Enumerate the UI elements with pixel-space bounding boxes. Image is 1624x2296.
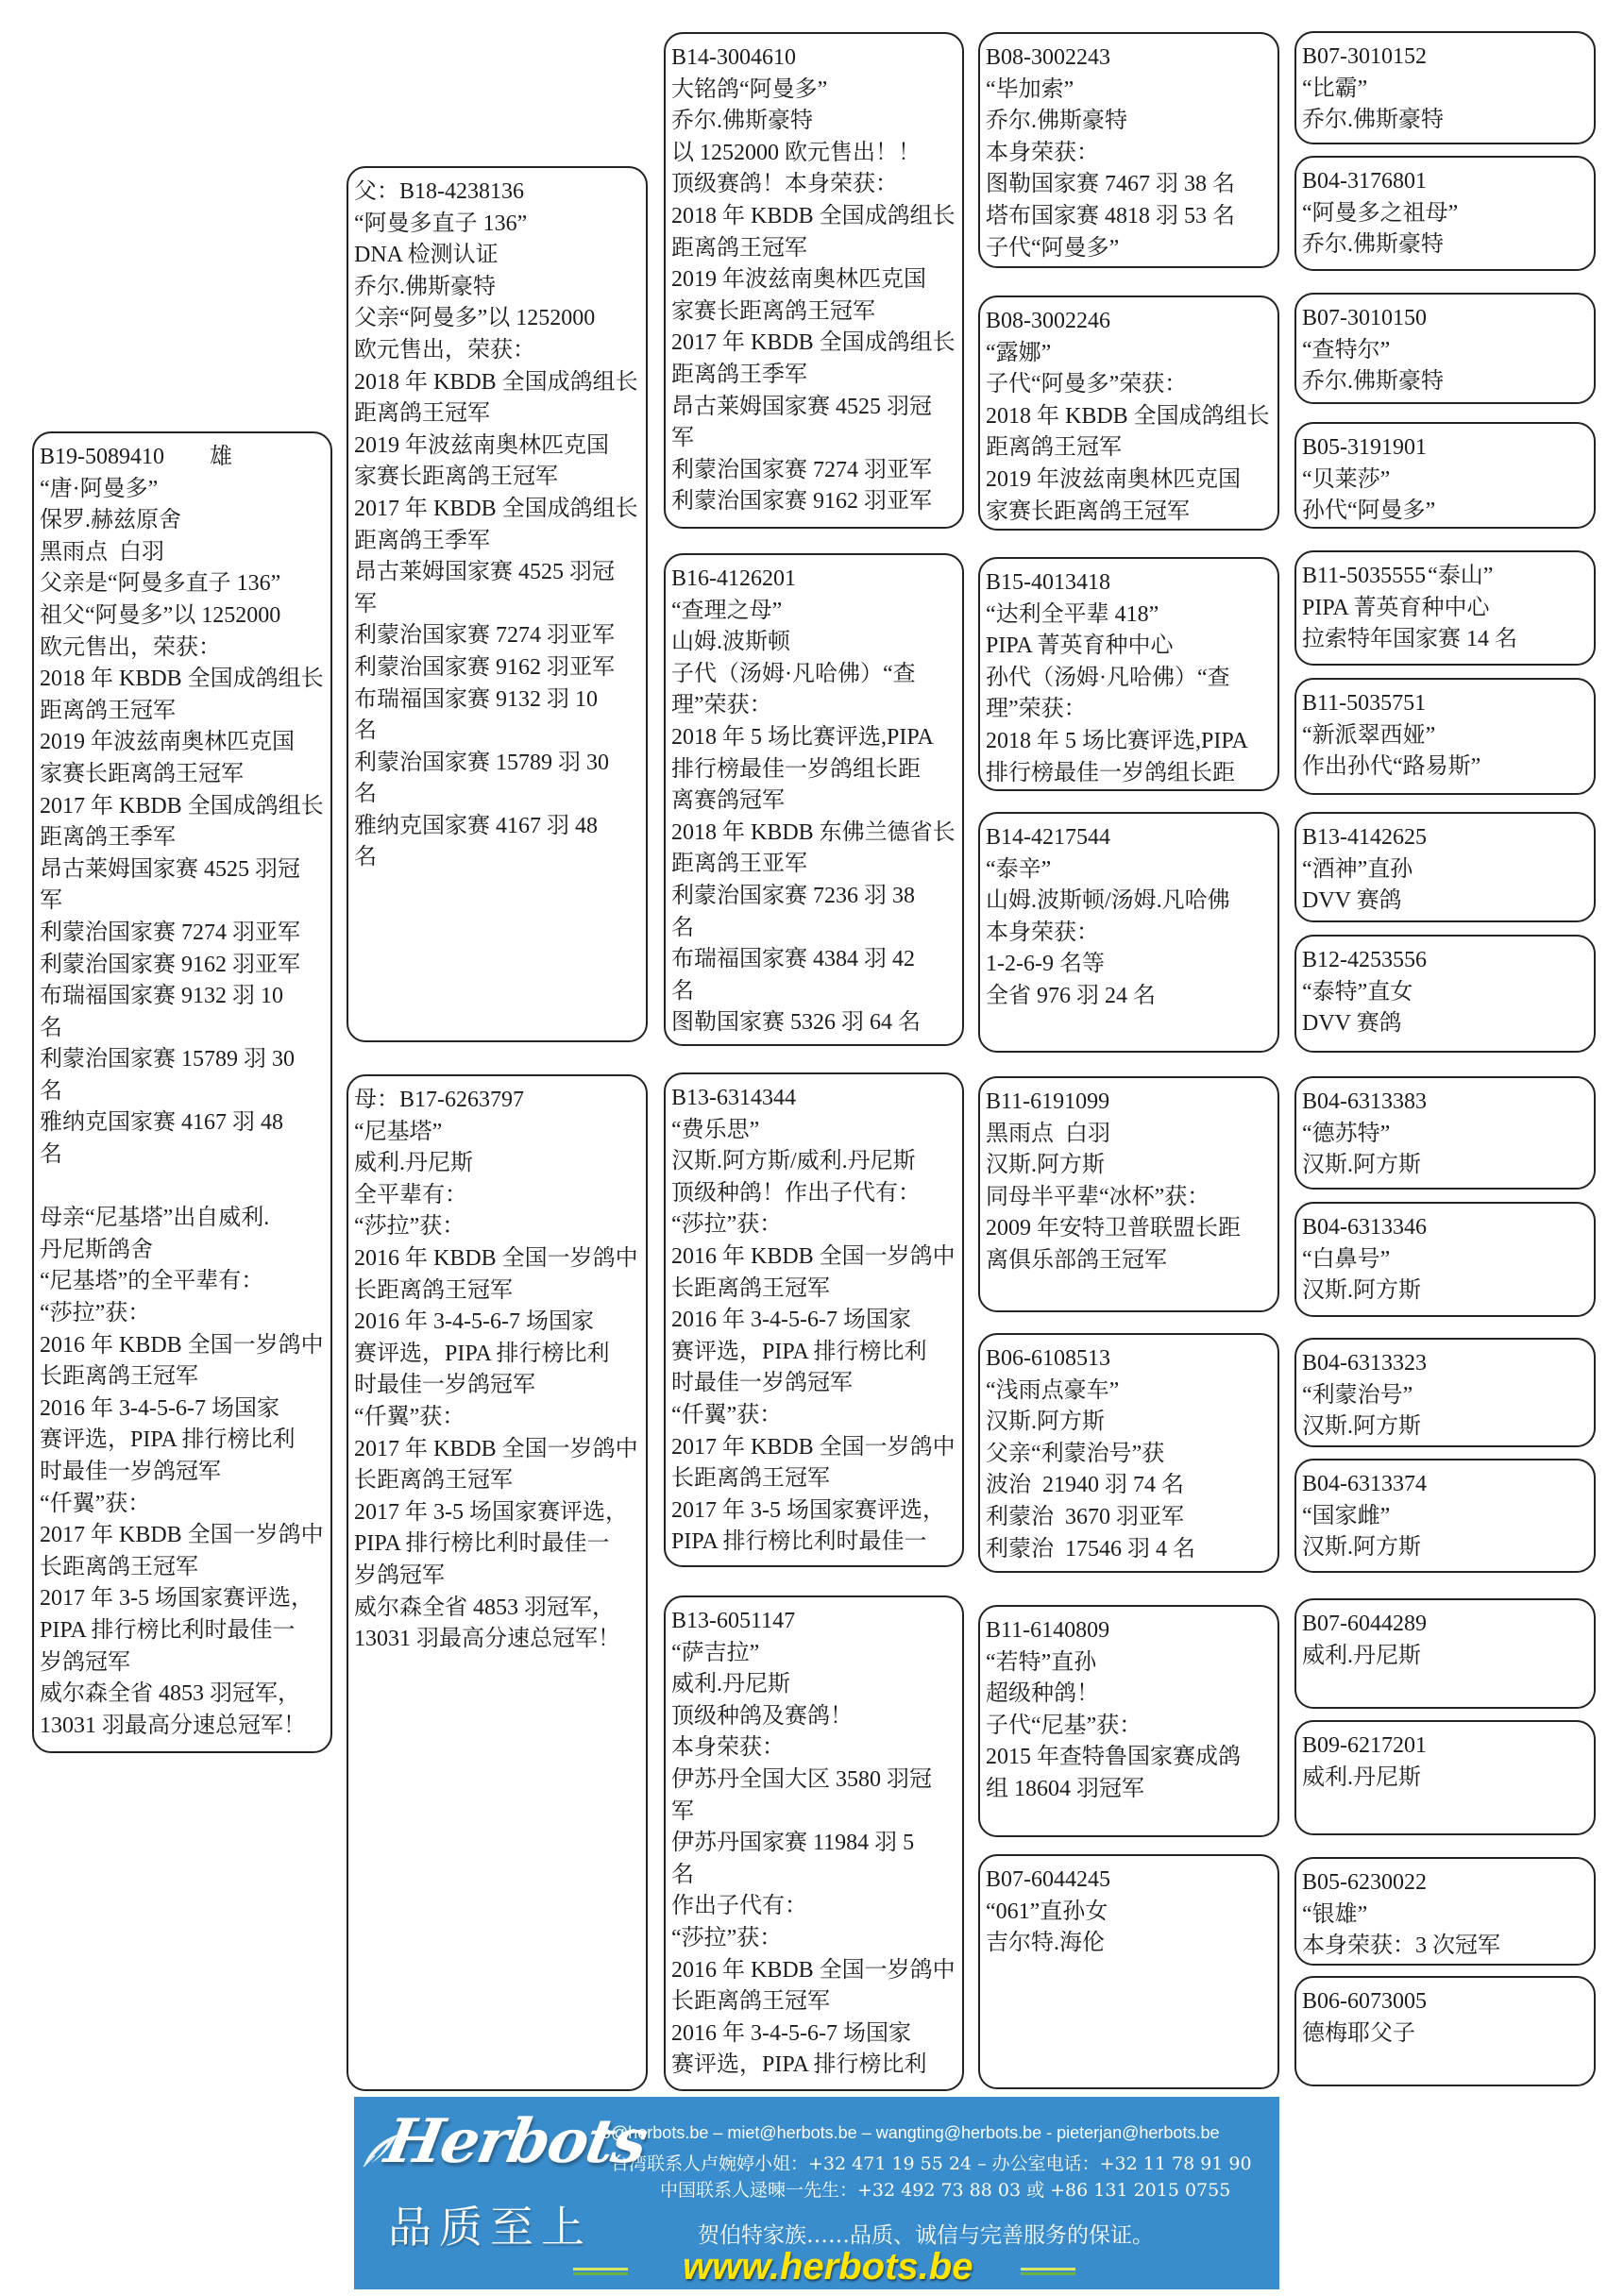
pedigree-details: “泰辛” 山姆.波斯顿/汤姆.凡哈佛 本身荣获： 1-2-6-9 名等 全省 9… xyxy=(986,854,1274,1013)
parent-label: 母： xyxy=(354,1088,399,1112)
pedigree-box-great-great-grandparent: B11-5035555“泰山” PIPA 菁英育种中心 拉索特年国家赛 14 名 xyxy=(1294,550,1596,666)
pedigree-box-great-grandparent: B14-4217544 “泰辛” 山姆.波斯顿/汤姆.凡哈佛 本身荣获： 1-2… xyxy=(978,812,1279,1053)
pedigree-details: “查理之母” 山姆.波斯顿 子代（汤姆·凡哈佛）“查 理”荣获： 2018 年 … xyxy=(671,596,958,1039)
ring-number: B07-3010152 xyxy=(1302,42,1590,74)
ring-number: B14-4217544 xyxy=(986,822,1274,854)
pedigree-box-grandparent: B16-4126201 “查理之母” 山姆.波斯顿 子代（汤姆·凡哈佛）“查 理… xyxy=(664,553,964,1046)
ring-number: B07-3010150 xyxy=(1302,303,1590,335)
ring-number: B15-4013418 xyxy=(986,567,1274,599)
pedigree-details: 德梅耶父子 xyxy=(1302,2018,1590,2051)
ring-number: B11-5035751 xyxy=(1302,688,1590,720)
pedigree-box-subject: B19-5089410雄 “唐·阿曼多” 保罗.赫兹原舍 黑雨点 白羽 父亲是“… xyxy=(32,431,332,1753)
pigeon-name: “泰山” xyxy=(1428,564,1493,588)
pedigree-details: “新派翠西娅” 作出孙代“路易斯” xyxy=(1302,720,1590,784)
contact-emails: jo@herbots.be – miet@herbots.be – wangti… xyxy=(598,2123,1219,2143)
china-contact: 中国联系人逯暕一先生：+32 492 73 88 03 或 +86 131 20… xyxy=(660,2176,1230,2202)
pedigree-details: “萨吉拉” 威利.丹尼斯 顶级种鸽及赛鸽！ 本身荣获： 伊苏丹全国大区 3580… xyxy=(671,1638,958,2082)
pedigree-details: PIPA 菁英育种中心 拉索特年国家赛 14 名 xyxy=(1302,593,1590,656)
pedigree-box-great-great-grandparent: B12-4253556 “泰特”直女 DVV 赛鸽 xyxy=(1294,935,1596,1053)
pedigree-details: “阿曼多直子 136” DNA 检测认证 乔尔.佛斯豪特 父亲“阿曼多”以 12… xyxy=(354,209,642,874)
ring-number: B11-6191099 xyxy=(986,1087,1274,1119)
ring-number: B06-6108513 xyxy=(986,1343,1274,1376)
pedigree-details: “达利全平辈 418” PIPA 菁英育种中心 孙代（汤姆·凡哈佛）“查 理”荣… xyxy=(986,599,1274,790)
pedigree-details: “贝莱莎” 孙代“阿曼多” xyxy=(1302,464,1590,528)
double-line-divider-right xyxy=(1021,2268,1075,2276)
slogan: 品质至上 xyxy=(388,2193,592,2255)
pedigree-box-grandparent: B13-6051147 “萨吉拉” 威利.丹尼斯 顶级种鸽及赛鸽！ 本身荣获： … xyxy=(664,1595,964,2091)
pedigree-box-great-great-grandparent: B05-3191901 “贝莱莎” 孙代“阿曼多” xyxy=(1294,422,1596,529)
double-line-divider-left xyxy=(573,2268,628,2276)
ring-number: B04-6313383 xyxy=(1302,1087,1590,1119)
pedigree-box-great-great-grandparent: B04-6313383 “德苏特” 汉斯.阿方斯 xyxy=(1294,1076,1596,1190)
ring-number: B07-6044245 xyxy=(986,1865,1274,1897)
pedigree-details: “银雄” 本身荣获：3 次冠军 xyxy=(1302,1899,1590,1963)
pedigree-details: 威利.丹尼斯 xyxy=(1302,1641,1590,1673)
ring-line: 母：B17-6263797 xyxy=(354,1085,642,1117)
taiwan-contact: 台湾联系人卢婉婷小姐：+32 471 19 55 24 – 办公室电话：+32 … xyxy=(611,2150,1252,2175)
tagline: 贺伯特家族……品质、诚信与完善服务的保证。 xyxy=(698,2218,1154,2249)
pedigree-box-great-great-grandparent: B04-6313323 “利蒙治号” 汉斯.阿方斯 xyxy=(1294,1338,1596,1447)
ring-number: B04-6313323 xyxy=(1302,1348,1590,1380)
ring-number: B11-6140809 xyxy=(986,1615,1274,1647)
pedigree-box-sire: 父：B18-4238136 “阿曼多直子 136” DNA 检测认证 乔尔.佛斯… xyxy=(347,166,648,1042)
pedigree-box-great-great-grandparent: B07-3010150 “查特尔” 乔尔.佛斯豪特 xyxy=(1294,293,1596,404)
pedigree-details: “尼基塔” 威利.丹尼斯 全平辈有： “莎拉”获： 2016 年 KBDB 全国… xyxy=(354,1117,642,1656)
ring-number: B04-3176801 xyxy=(1302,166,1590,198)
pedigree-details: “德苏特” 汉斯.阿方斯 xyxy=(1302,1119,1590,1182)
pedigree-details: “若特”直孙 超级种鸽！ 子代“尼基”获： 2015 年查特鲁国家赛成鸽 组 1… xyxy=(986,1647,1274,1806)
ring-number: B05-3191901 xyxy=(1302,432,1590,464)
pedigree-box-great-great-grandparent: B04-6313346 “白鼻号” 汉斯.阿方斯 xyxy=(1294,1202,1596,1317)
ring-number: B08-3002243 xyxy=(986,42,1274,75)
pedigree-details: “061”直孙女 吉尔特.海伦 xyxy=(986,1897,1274,1960)
pedigree-box-grandparent: B13-6314344 “费乐思” 汉斯.阿方斯/威利.丹尼斯 顶级种鸽！作出子… xyxy=(664,1072,964,1567)
pedigree-details: “国家雌” 汉斯.阿方斯 xyxy=(1302,1501,1590,1564)
pedigree-box-great-grandparent: B11-6140809 “若特”直孙 超级种鸽！ 子代“尼基”获： 2015 年… xyxy=(978,1605,1279,1837)
pedigree-box-great-great-grandparent: B07-3010152 “比霸” 乔尔.佛斯豪特 xyxy=(1294,31,1596,144)
ring-number: B11-5035555 xyxy=(1302,564,1426,588)
pedigree-box-great-great-grandparent: B11-5035751 “新派翠西娅” 作出孙代“路易斯” xyxy=(1294,678,1596,795)
pedigree-details: “查特尔” 乔尔.佛斯豪特 xyxy=(1302,335,1590,398)
ring-number: B19-5089410 xyxy=(40,445,164,469)
pedigree-box-great-grandparent: B06-6108513 “浅雨点豪车” 汉斯.阿方斯 父亲“利蒙治号”获 波治 … xyxy=(978,1333,1279,1573)
parent-label: 父： xyxy=(354,179,399,204)
sex-label: 雄 xyxy=(210,445,232,469)
ring-line: B19-5089410雄 xyxy=(40,442,327,474)
ring-number: B08-3002246 xyxy=(986,306,1274,338)
pedigree-box-great-grandparent: B07-6044245 “061”直孙女 吉尔特.海伦 xyxy=(978,1854,1279,2089)
ring-number: B04-6313374 xyxy=(1302,1469,1590,1501)
ring-number: B13-4142625 xyxy=(1302,822,1590,854)
ring-number: B13-6051147 xyxy=(671,1606,958,1638)
pedigree-box-great-great-grandparent: B07-6044289 威利.丹尼斯 xyxy=(1294,1598,1596,1709)
pedigree-details: “费乐思” 汉斯.阿方斯/威利.丹尼斯 顶级种鸽！作出子代有： “莎拉”获： 2… xyxy=(671,1115,958,1559)
ring-number: B14-3004610 xyxy=(671,42,958,75)
pedigree-details: “阿曼多之祖母” 乔尔.佛斯豪特 xyxy=(1302,198,1590,262)
pedigree-box-great-grandparent: B08-3002243 “毕加索” 乔尔.佛斯豪特 本身荣获： 图勒国家赛 74… xyxy=(978,32,1279,268)
ring-number: B09-6217201 xyxy=(1302,1730,1590,1763)
ring-number: B18-4238136 xyxy=(399,179,524,204)
pedigree-details: “利蒙治号” 汉斯.阿方斯 xyxy=(1302,1380,1590,1443)
ring-number: B13-6314344 xyxy=(671,1083,958,1115)
pedigree-box-great-great-grandparent: B04-3176801 “阿曼多之祖母” 乔尔.佛斯豪特 xyxy=(1294,156,1596,271)
pedigree-details: “比霸” 乔尔.佛斯豪特 xyxy=(1302,74,1590,137)
ring-number: B12-4253556 xyxy=(1302,945,1590,977)
pedigree-box-great-great-grandparent: B13-4142625 “酒神”直孙 DVV 赛鸽 xyxy=(1294,812,1596,922)
pedigree-box-great-great-grandparent: B06-6073005 德梅耶父子 xyxy=(1294,1976,1596,2086)
pedigree-box-great-great-grandparent: B05-6230022 “银雄” 本身荣获：3 次冠军 xyxy=(1294,1857,1596,1966)
ring-number: B16-4126201 xyxy=(671,564,958,596)
pedigree-box-great-great-grandparent: B09-6217201 威利.丹尼斯 xyxy=(1294,1720,1596,1835)
ring-number: B04-6313346 xyxy=(1302,1212,1590,1244)
pedigree-details: “唐·阿曼多” 保罗.赫兹原舍 黑雨点 白羽 父亲是“阿曼多直子 136” 祖父… xyxy=(40,474,327,1743)
ring-number: B05-6230022 xyxy=(1302,1867,1590,1899)
pedigree-details: 黑雨点 白羽 汉斯.阿方斯 同母半平辈“冰杯”获： 2009 年安特卫普联盟长距… xyxy=(986,1119,1274,1277)
pedigree-details: “泰特”直女 DVV 赛鸽 xyxy=(1302,977,1590,1040)
pedigree-box-grandparent: B14-3004610 大铭鸽“阿曼多” 乔尔.佛斯豪特 以 1252000 欧… xyxy=(664,32,964,529)
pedigree-details: “酒神”直孙 DVV 赛鸽 xyxy=(1302,854,1590,918)
ring-line: 父：B18-4238136 xyxy=(354,177,642,209)
pedigree-box-dam: 母：B17-6263797 “尼基塔” 威利.丹尼斯 全平辈有： “莎拉”获： … xyxy=(347,1074,648,2091)
pedigree-details: “毕加索” 乔尔.佛斯豪特 本身荣获： 图勒国家赛 7467 羽 38 名 塔布… xyxy=(986,75,1274,265)
pedigree-box-great-grandparent: B11-6191099 黑雨点 白羽 汉斯.阿方斯 同母半平辈“冰杯”获： 20… xyxy=(978,1076,1279,1312)
pedigree-details: “白鼻号” 汉斯.阿方斯 xyxy=(1302,1244,1590,1308)
pedigree-details: “露娜” 子代“阿曼多”荣获： 2018 年 KBDB 全国成鸽组长 距离鸽王冠… xyxy=(986,338,1274,529)
pedigree-details: 威利.丹尼斯 xyxy=(1302,1763,1590,1795)
ring-line: B11-5035555“泰山” xyxy=(1302,561,1590,593)
ring-number: B17-6263797 xyxy=(399,1088,524,1112)
ring-number: B06-6073005 xyxy=(1302,1986,1590,2018)
footer-banner: Herbots 品质至上 jo@herbots.be – miet@herbot… xyxy=(354,2097,1279,2289)
website-url: www.herbots.be xyxy=(683,2246,973,2288)
pedigree-box-great-grandparent: B15-4013418 “达利全平辈 418” PIPA 菁英育种中心 孙代（汤… xyxy=(978,557,1279,791)
pedigree-details: “浅雨点豪车” 汉斯.阿方斯 父亲“利蒙治号”获 波治 21940 羽 74 名… xyxy=(986,1376,1274,1566)
pedigree-details: 大铭鸽“阿曼多” 乔尔.佛斯豪特 以 1252000 欧元售出！！ 顶级赛鸽！本… xyxy=(671,75,958,518)
pedigree-box-great-grandparent: B08-3002246 “露娜” 子代“阿曼多”荣获： 2018 年 KBDB … xyxy=(978,295,1279,531)
pedigree-box-great-great-grandparent: B04-6313374 “国家雌” 汉斯.阿方斯 xyxy=(1294,1459,1596,1573)
ring-number: B07-6044289 xyxy=(1302,1609,1590,1641)
